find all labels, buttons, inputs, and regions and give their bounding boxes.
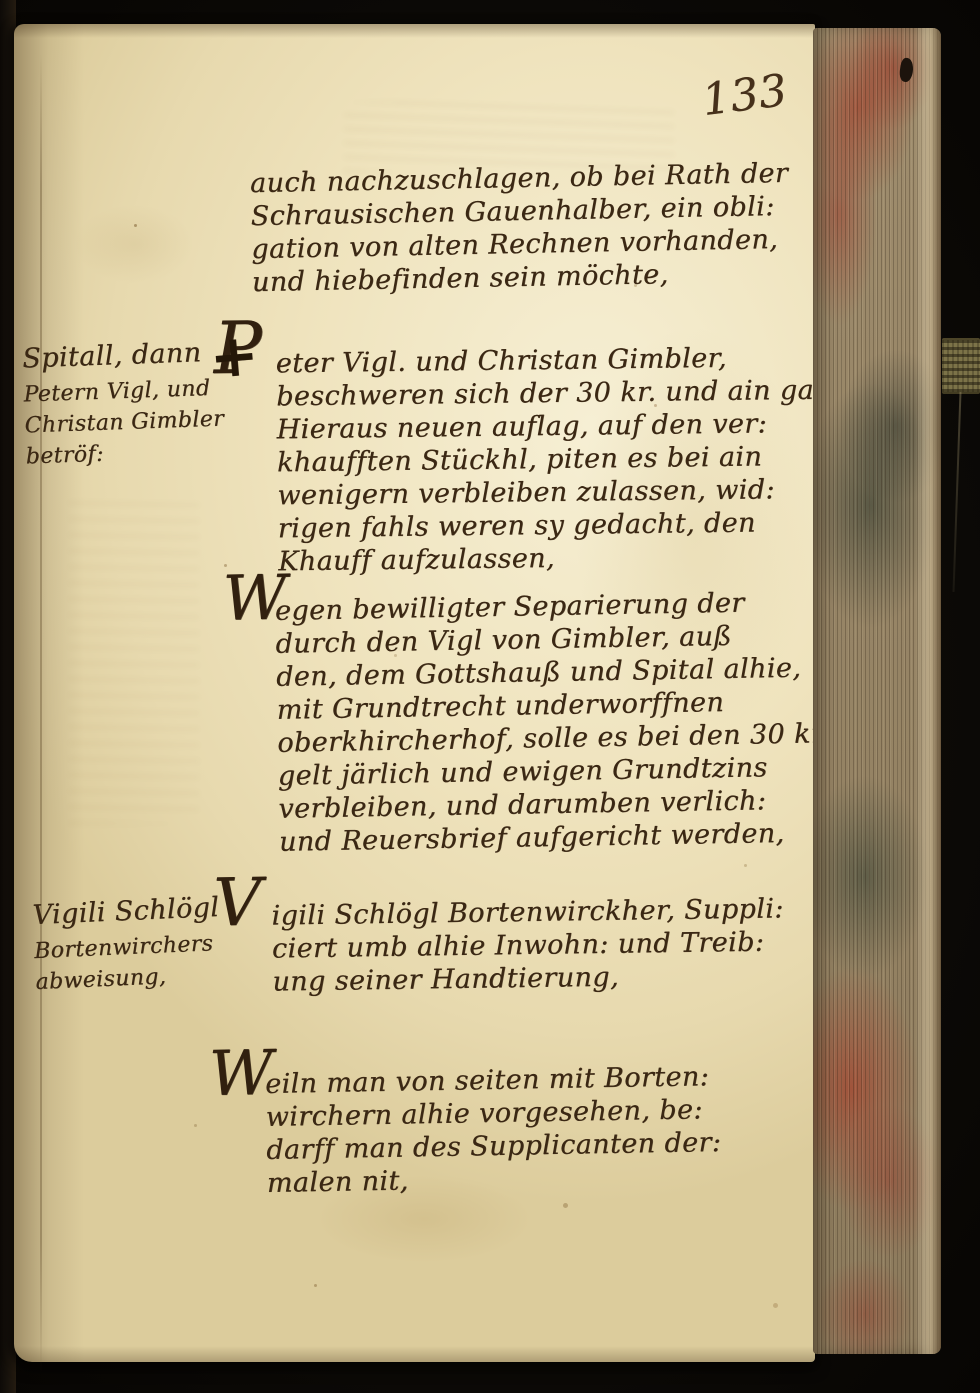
margin-note-spital: Spitall, dann Petern Vigl, und Christan … <box>22 337 226 473</box>
manuscript-page: 133 Spitall, dann Petern Vigl, und Chris… <box>14 24 815 1362</box>
drop-cap-initial: V <box>213 886 262 920</box>
book-clasp-strap <box>942 338 980 394</box>
paragraph-entry-1: auch nachzuschlagen, ob bei Rath der Sch… <box>250 157 791 299</box>
margin-note-schloegl: Vigili Schlögl Bortenwirchers abweisung, <box>32 892 223 998</box>
drop-cap-initial: W <box>223 581 288 615</box>
paragraph-entry-4: V igili Schlögl Bortenwirckher, Suppli: … <box>271 892 785 998</box>
page-curl-crease <box>40 54 42 1374</box>
loose-thread <box>953 392 962 592</box>
manuscript-scan: 133 Spitall, dann Petern Vigl, und Chris… <box>0 0 980 1393</box>
paragraph-entry-5: W eiln man von seiten mit Borten: wirche… <box>265 1060 722 1200</box>
ink-bleedthrough <box>69 494 199 824</box>
page-number: 133 <box>699 65 790 126</box>
text-line: malen nit, <box>267 1159 723 1200</box>
margin-note-line: betröf: <box>25 434 225 472</box>
cross-mark-icon: + <box>208 338 260 375</box>
text-line: rigen fahls weren sy gedacht, den <box>278 506 830 546</box>
book-fore-edge <box>813 28 941 1354</box>
text-line: ung seiner Handtierung, <box>272 958 785 998</box>
paragraph-entry-2: P + eter Vigl. und Christan Gimbler, bes… <box>276 341 830 579</box>
text-line: Khauff aufzulassen, <box>278 539 830 579</box>
foxing-specks <box>134 224 137 227</box>
paper-stain <box>74 204 194 284</box>
drop-cap-initial: W <box>209 1056 274 1090</box>
paragraph-entry-3: W egen bewilligter Separierung der durch… <box>275 585 832 859</box>
